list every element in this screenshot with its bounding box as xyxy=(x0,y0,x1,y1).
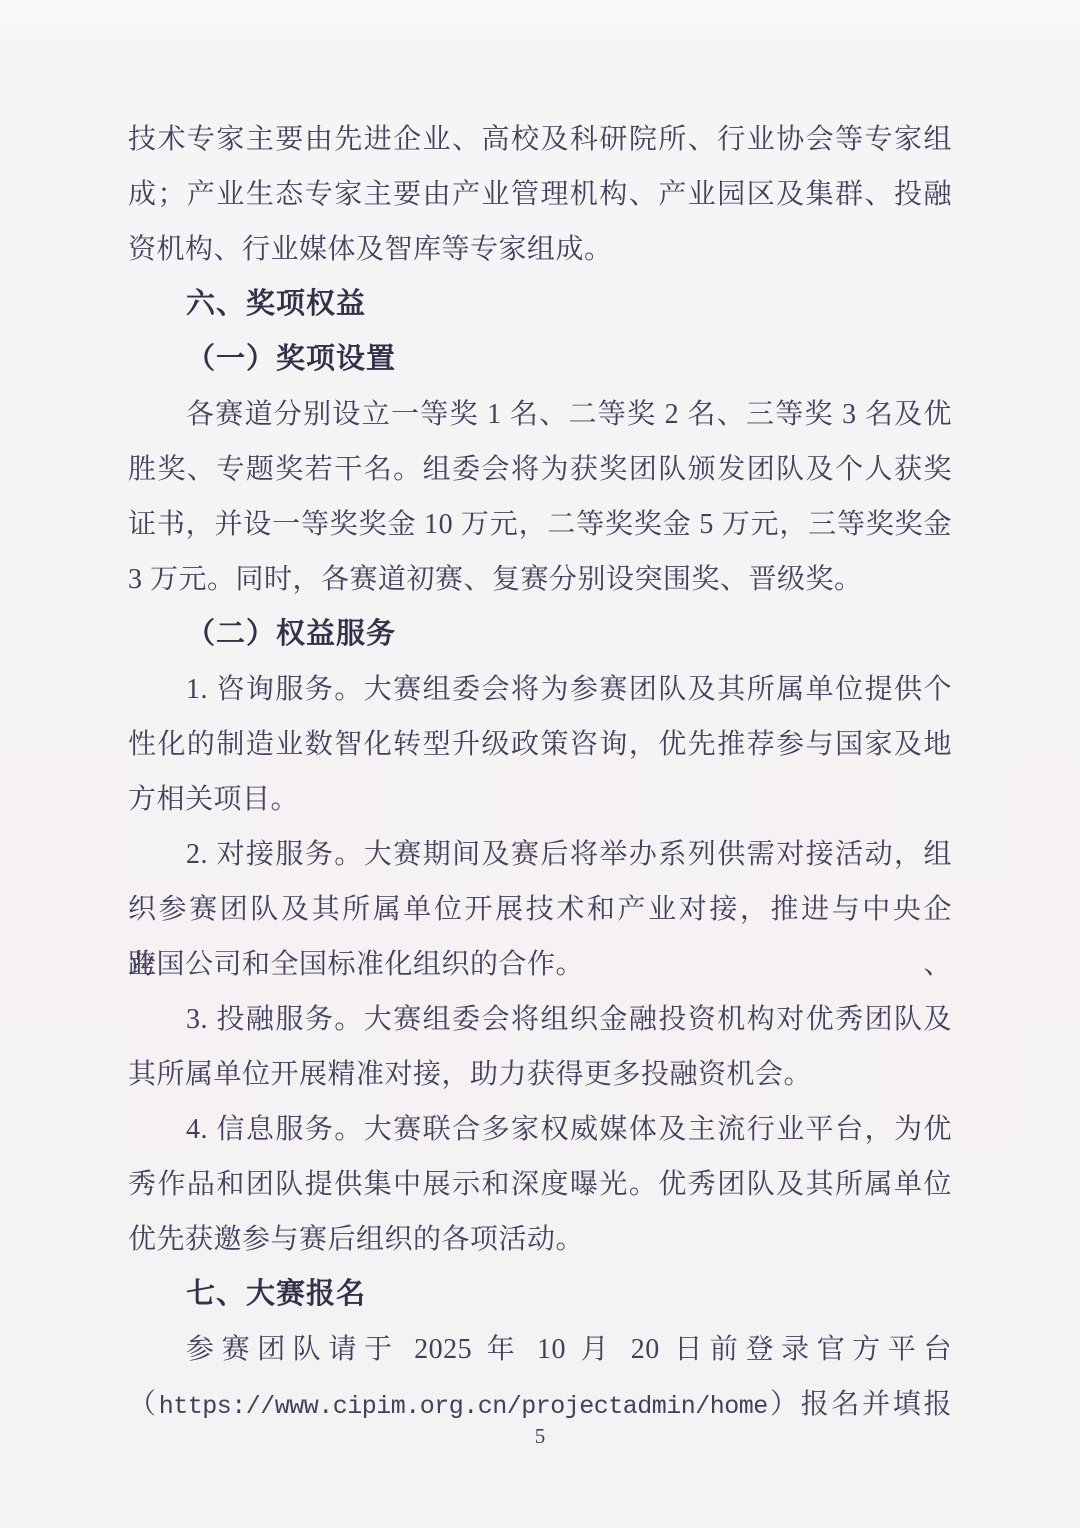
text-line: 胜奖、专题奖若干名。组委会将为获奖团队颁发团队及个人获奖 xyxy=(128,442,952,497)
text-line: 4. 信息服务。大赛联合多家权威媒体及主流行业平台，为优 xyxy=(128,1102,952,1157)
text-segment: （一）奖项设置 xyxy=(186,343,396,375)
text-line: 织参赛团队及其所属单位开展技术和产业对接，推进与中央企业、 xyxy=(128,882,952,937)
text-segment: 2. 对接服务。大赛期间及赛后将举办系列供需对接活动，组 xyxy=(186,839,952,870)
text-line: 3 万元。同时，各赛道初赛、复赛分别设突围奖、晋级奖。 xyxy=(128,552,952,607)
text-segment: 性化的制造业数智化转型升级政策咨询，优先推荐参与国家及地 xyxy=(128,729,952,760)
text-segment: 方相关项目。 xyxy=(128,784,299,815)
registration-url: https://www.cipim.org.cn/projectadmin/ho… xyxy=(159,1392,768,1421)
text-line: 秀作品和团队提供集中展示和深度曝光。优秀团队及其所属单位 xyxy=(128,1157,952,1212)
text-line: 证书，并设一等奖奖金 10 万元，二等奖奖金 5 万元，三等奖奖金 xyxy=(128,497,952,552)
text-line: 1. 咨询服务。大赛组委会将为参赛团队及其所属单位提供个 xyxy=(128,662,952,717)
text-segment: 七、大赛报名 xyxy=(186,1278,366,1310)
section-heading: （二）权益服务 xyxy=(128,607,952,662)
text-segment: ）报名并填报 xyxy=(768,1389,952,1420)
text-segment: 其所属单位开展精准对接，助力获得更多投融资机会。 xyxy=(128,1059,812,1090)
text-segment: 证书，并设一等奖奖金 10 万元，二等奖奖金 5 万元，三等奖奖金 xyxy=(128,509,952,540)
text-segment: 参赛团队请于 2025 年 10 月 20 日前登录官方平台 xyxy=(186,1334,952,1365)
text-line: 其所属单位开展精准对接，助力获得更多投融资机会。 xyxy=(128,1047,952,1102)
text-line: 2. 对接服务。大赛期间及赛后将举办系列供需对接活动，组 xyxy=(128,827,952,882)
text-segment: 跨国公司和全国标准化组织的合作。 xyxy=(128,949,584,980)
text-segment: 优先获邀参与赛后组织的各项活动。 xyxy=(128,1224,584,1255)
text-segment: （ xyxy=(128,1389,159,1420)
text-segment: 4. 信息服务。大赛联合多家权威媒体及主流行业平台，为优 xyxy=(186,1114,952,1145)
section-heading: 六、奖项权益 xyxy=(128,277,952,332)
text-segment: 1. 咨询服务。大赛组委会将为参赛团队及其所属单位提供个 xyxy=(186,674,952,705)
text-segment: 技术专家主要由先进企业、高校及科研院所、行业协会等专家组 xyxy=(128,124,952,155)
text-segment: 胜奖、专题奖若干名。组委会将为获奖团队颁发团队及个人获奖 xyxy=(128,454,952,485)
text-line: 参赛团队请于 2025 年 10 月 20 日前登录官方平台 xyxy=(128,1322,952,1377)
text-segment: 各赛道分别设立一等奖 1 名、二等奖 2 名、三等奖 3 名及优 xyxy=(186,399,952,430)
section-heading: 七、大赛报名 xyxy=(128,1267,952,1322)
text-line: 方相关项目。 xyxy=(128,772,952,827)
text-segment: 资机构、行业媒体及智库等专家组成。 xyxy=(128,234,613,265)
text-line: 各赛道分别设立一等奖 1 名、二等奖 2 名、三等奖 3 名及优 xyxy=(128,387,952,442)
text-line: 优先获邀参与赛后组织的各项活动。 xyxy=(128,1212,952,1267)
section-heading: （一）奖项设置 xyxy=(128,332,952,387)
text-segment: 六、奖项权益 xyxy=(186,288,366,320)
text-line: 3. 投融服务。大赛组委会将组织金融投资机构对优秀团队及 xyxy=(128,992,952,1047)
text-line: 技术专家主要由先进企业、高校及科研院所、行业协会等专家组 xyxy=(128,112,952,167)
text-segment: （二）权益服务 xyxy=(186,618,396,650)
text-line: 性化的制造业数智化转型升级政策咨询，优先推荐参与国家及地 xyxy=(128,717,952,772)
document-body: 技术专家主要由先进企业、高校及科研院所、行业协会等专家组成；产业生态专家主要由产… xyxy=(128,112,952,1432)
text-segment: 秀作品和团队提供集中展示和深度曝光。优秀团队及其所属单位 xyxy=(128,1169,952,1200)
text-segment: 3. 投融服务。大赛组委会将组织金融投资机构对优秀团队及 xyxy=(186,1004,952,1035)
text-line: 资机构、行业媒体及智库等专家组成。 xyxy=(128,222,952,277)
text-line: 成；产业生态专家主要由产业管理机构、产业园区及集群、投融 xyxy=(128,167,952,222)
document-page: 技术专家主要由先进企业、高校及科研院所、行业协会等专家组成；产业生态专家主要由产… xyxy=(0,0,1080,1528)
text-segment: 3 万元。同时，各赛道初赛、复赛分别设突围奖、晋级奖。 xyxy=(128,564,863,595)
text-segment: 成；产业生态专家主要由产业管理机构、产业园区及集群、投融 xyxy=(128,179,952,210)
page-number: 5 xyxy=(0,1424,1080,1449)
